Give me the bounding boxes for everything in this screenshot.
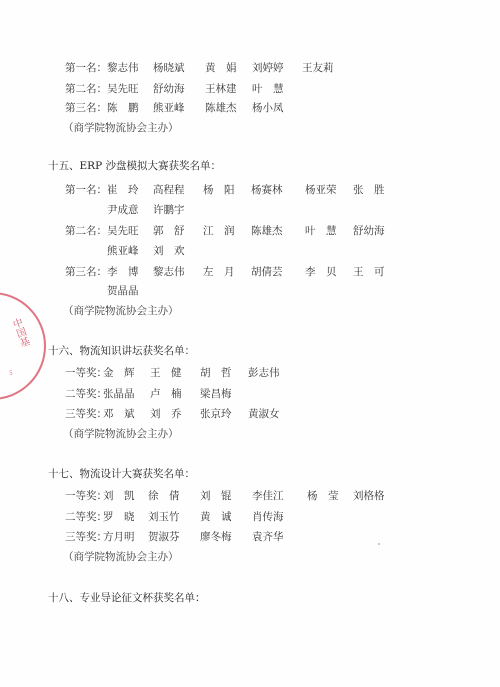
award-label: 第一名： (65, 184, 107, 196)
award-name: 杨 阳 (203, 184, 235, 196)
award-name: 刘 凯 (103, 490, 135, 502)
award-name: 徐 倩 (148, 490, 180, 502)
award-name: 舒幼海 (353, 225, 385, 237)
award-name: 黄淑女 (248, 408, 280, 420)
award-name: 叶 慧 (305, 225, 337, 237)
award-name: 杨亚荣 (305, 184, 337, 196)
award-name: 李佳江 (252, 490, 284, 502)
award-name: 张晶晶 (103, 388, 135, 400)
award-name: 黄 娟 (205, 62, 237, 74)
award-label: 第二名： (65, 225, 107, 237)
award-name: 高程程 (153, 184, 185, 196)
award-name: 杨赛林 (251, 184, 283, 196)
award-label: 三等奖： (65, 531, 107, 543)
award-name: 彭志伟 (248, 367, 280, 379)
award-name: 陈雄杰 (205, 102, 237, 114)
award-name: 杨小凤 (252, 102, 284, 114)
award-name: 刘 乔 (150, 408, 182, 420)
award-name: 袁齐华 (252, 531, 284, 543)
award-name: 郭 舒 (153, 225, 185, 237)
award-name: 江 润 (203, 225, 235, 237)
award-name: 刘 锟 (200, 490, 232, 502)
award-name: 黄 诚 (200, 511, 232, 523)
award-label: 第一名： (65, 62, 107, 74)
award-name: 罗 晓 (103, 511, 135, 523)
award-name: 李 博 (107, 266, 139, 278)
section-heading: 十五、ERP 沙盘模拟大赛获奖名单： (48, 160, 221, 172)
award-name: 陈 鹏 (107, 102, 139, 114)
award-label: 三等奖： (65, 408, 107, 420)
award-label: 二等奖： (65, 388, 107, 400)
award-name: 黎志伟 (153, 266, 185, 278)
section-heading: 十六、物流知识讲坛获奖名单： (48, 345, 195, 357)
award-name: 张 胜 (353, 184, 385, 196)
award-name: 杨晓斌 (153, 62, 185, 74)
award-name: 刘格格 (353, 490, 385, 502)
award-label: 一等奖： (65, 490, 107, 502)
award-name: 尹成意 (107, 204, 139, 216)
award-name: 金 辉 (103, 367, 135, 379)
award-name: 叶 慧 (252, 83, 284, 95)
stamp-small-text: 5 (9, 370, 13, 377)
award-name: 梁昌梅 (200, 388, 232, 400)
award-name: 贺淑芬 (148, 531, 180, 543)
section-heading: 十七、物流设计大赛获奖名单： (48, 468, 195, 480)
award-label: 第二名： (65, 83, 107, 95)
organizer-note: （商学院物流协会主办） (63, 551, 179, 563)
award-name: 廖冬梅 (200, 531, 232, 543)
award-name: 邓 斌 (103, 408, 135, 420)
award-name: 李 贝 (305, 266, 337, 278)
award-name: 许鹏宇 (153, 204, 185, 216)
award-label: 二等奖： (65, 511, 107, 523)
award-name: 胡倩芸 (251, 266, 283, 278)
award-name: 张京玲 (200, 408, 232, 420)
award-name: 肖传海 (252, 511, 284, 523)
award-name: 卢 楠 (150, 388, 182, 400)
award-name: 崔 玲 (107, 184, 139, 196)
award-label: 第三名： (65, 102, 107, 114)
award-name: 王 可 (353, 266, 385, 278)
organizer-note: （商学院物流协会主办） (63, 305, 179, 317)
award-name: 贺晶晶 (107, 285, 139, 297)
award-label: 第三名： (65, 266, 107, 278)
award-name: 左 月 (203, 266, 235, 278)
award-name: 黎志伟 (107, 62, 139, 74)
award-name: 王 健 (150, 367, 182, 379)
award-name: 吴先旺 (107, 83, 139, 95)
award-name: 熊亚峰 (153, 102, 185, 114)
award-name: 舒幼海 (153, 83, 185, 95)
award-label: 一等奖： (65, 367, 107, 379)
organizer-note: （商学院物流协会主办） (63, 428, 179, 440)
document-page: 中国基 5 第一名： 黎志伟 杨晓斌 黄 娟 刘婷婷 王友莉 第二名： 吴先旺 … (0, 0, 500, 687)
award-name: 陈雄杰 (251, 225, 283, 237)
award-name: 王林建 (205, 83, 237, 95)
award-name: 胡 哲 (200, 367, 232, 379)
award-name: 方月明 (103, 531, 135, 543)
award-name: 刘婷婷 (252, 62, 284, 74)
award-name: 吴先旺 (107, 225, 139, 237)
award-name: 王友莉 (302, 62, 334, 74)
award-name: 刘玉竹 (148, 511, 180, 523)
section-heading: 十八、专业导论征文杯获奖名单： (48, 592, 206, 604)
scan-speck (378, 543, 380, 545)
award-name: 杨 莹 (307, 490, 339, 502)
award-name: 刘 欢 (153, 245, 185, 257)
award-name: 熊亚峰 (107, 245, 139, 257)
organizer-note: （商学院物流协会主办） (63, 122, 179, 134)
